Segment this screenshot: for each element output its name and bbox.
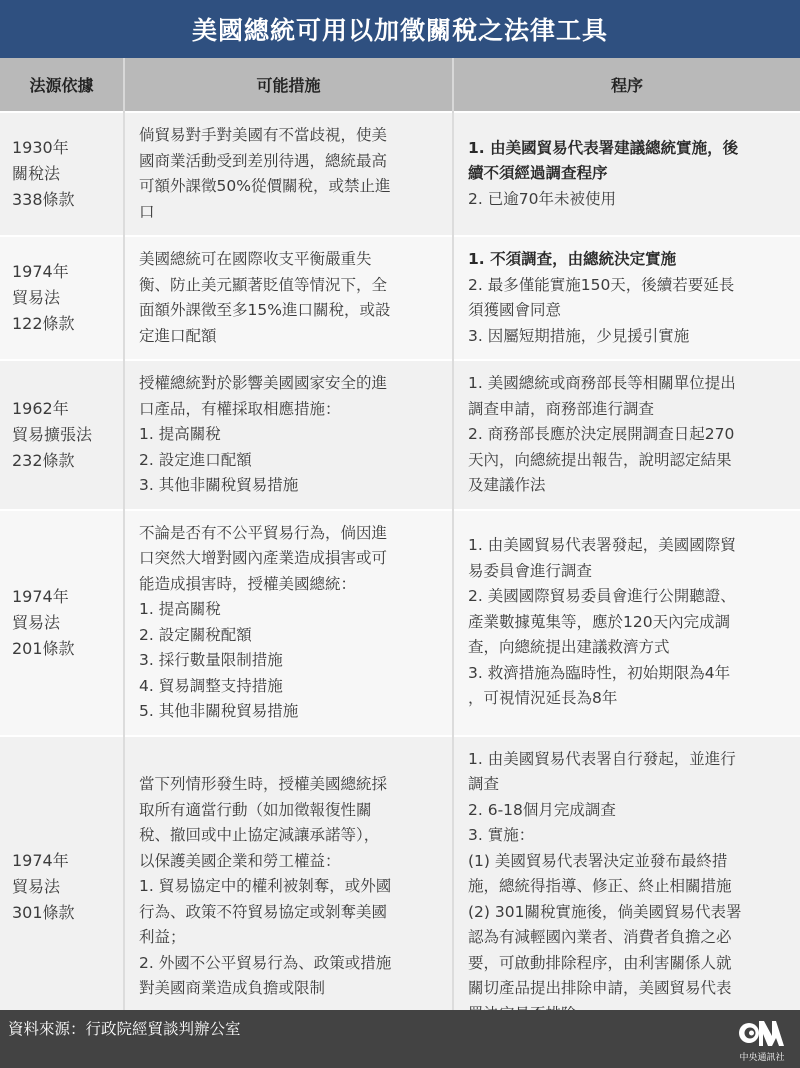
legal-basis-line: 201條款 [12, 636, 111, 662]
table-header-row: 法源依據 可能措施 程序 [0, 58, 800, 112]
measures-cell: 不論是否有不公平貿易行為，倘因進口突然大增對國內產業造成損害或可能造成損害時，授… [124, 510, 453, 736]
procedure-line: 查，向總統提出建議救濟方式 [468, 635, 792, 661]
measure-line: 2. 設定關稅配額 [139, 623, 442, 649]
source-note: 資料來源：行政院經貿談判辦公室 [8, 1017, 241, 1039]
procedure-line: 天內，向總統提出報告，說明認定結果 [468, 448, 792, 474]
measure-line: 國商業活動受到差別待遇，總統最高 [139, 149, 442, 175]
table-row: 1930年關稅法338條款倘貿易對手對美國有不當歧視，使美國商業活動受到差別待遇… [0, 112, 800, 236]
legal-basis-line: 1962年 [12, 396, 111, 422]
procedure-line: 2. 6-18個月完成調查 [468, 798, 792, 824]
procedure-line: 產業數據蒐集等，應於120天內完成調 [468, 610, 792, 636]
legal-basis-cell: 1930年關稅法338條款 [0, 112, 124, 236]
measure-line: 不論是否有不公平貿易行為，倘因進 [139, 521, 442, 547]
legal-basis-line: 1974年 [12, 259, 111, 285]
measure-line: 1. 貿易協定中的權利被剝奪，或外國 [139, 874, 442, 900]
procedure-line: 須獲國會同意 [468, 298, 792, 324]
table-row: 1974年貿易法122條款美國總統可在國際收支平衡嚴重失衡、防止美元顯著貶值等情… [0, 236, 800, 360]
procedure-line: 1. 由美國貿易代表署自行發起，並進行 [468, 747, 792, 773]
procedure-line: 續不須經過調查程序 [468, 161, 792, 187]
measure-line: 3. 採行數量限制措施 [139, 648, 442, 674]
legal-basis-line: 1930年 [12, 135, 111, 161]
procedure-cell: 1. 美國總統或商務部長等相關單位提出調查申請，商務部進行調查2. 商務部長應於… [453, 360, 800, 510]
procedure-line: 3. 因屬短期措施，少見援引實施 [468, 324, 792, 350]
measure-line: 4. 貿易調整支持措施 [139, 674, 442, 700]
procedure-line: 要，可啟動排除程序，由利害關係人就 [468, 951, 792, 977]
legal-basis-line: 貿易法 [12, 285, 111, 311]
legal-basis-cell: 1974年貿易法122條款 [0, 236, 124, 360]
measure-line: 1. 提高關稅 [139, 597, 442, 623]
legal-basis-cell: 1974年貿易法201條款 [0, 510, 124, 736]
logo-text: 中央通訊社 [734, 1050, 790, 1063]
measure-line: 衡、防止美元顯著貶值等情況下，全 [139, 273, 442, 299]
legal-basis-line: 122條款 [12, 311, 111, 337]
procedure-line: 施，總統得指導、修正、終止相關措施 [468, 874, 792, 900]
procedure-line: 調查 [468, 772, 792, 798]
procedure-line: 3. 實施： [468, 823, 792, 849]
procedure-cell: 1. 由美國貿易代表署建議總統實施，後續不須經過調查程序2. 已逾70年未被使用 [453, 112, 800, 236]
cna-logo: 中央通訊社 [734, 1018, 790, 1064]
measure-line: 當下列情形發生時，授權美國總統採 [139, 772, 442, 798]
measure-line: 5. 其他非關稅貿易措施 [139, 699, 442, 725]
legal-basis-line: 1974年 [12, 584, 111, 610]
procedure-line: 認為有減輕國內業者、消費者負擔之必 [468, 925, 792, 951]
cna-logo-icon [738, 1018, 786, 1048]
measure-line: 3. 其他非關稅貿易措施 [139, 473, 442, 499]
procedure-cell: 1. 由美國貿易代表署自行發起，並進行調查2. 6-18個月完成調查3. 實施：… [453, 736, 800, 1038]
table-row: 1962年貿易擴張法232條款授權總統對於影響美國國家安全的進口產品，有權採取相… [0, 360, 800, 510]
procedure-line: 1. 由美國貿易代表署建議總統實施，後 [468, 136, 792, 162]
procedure-line: 調查申請，商務部進行調查 [468, 397, 792, 423]
header-legal-basis: 法源依據 [0, 58, 124, 112]
legal-basis-line: 301條款 [12, 900, 111, 926]
measures-cell: 美國總統可在國際收支平衡嚴重失衡、防止美元顯著貶值等情況下，全面額外課徵至多15… [124, 236, 453, 360]
procedure-line: 2. 商務部長應於決定展開調查日起270 [468, 422, 792, 448]
procedure-line: 易委員會進行調查 [468, 559, 792, 585]
measure-line: 面額外課徵至多15%進口關稅，或設 [139, 298, 442, 324]
legal-basis-line: 338條款 [12, 187, 111, 213]
measure-line: 美國總統可在國際收支平衡嚴重失 [139, 247, 442, 273]
procedure-line: 關切產品提出排除申請，美國貿易代表 [468, 976, 792, 1002]
legal-tools-table: 法源依據 可能措施 程序 1930年關稅法338條款倘貿易對手對美國有不當歧視，… [0, 58, 800, 1037]
legal-basis-line: 貿易法 [12, 610, 111, 636]
table-row: 1974年貿易法201條款不論是否有不公平貿易行為，倘因進口突然大增對國內產業造… [0, 510, 800, 736]
measure-line: 利益； [139, 925, 442, 951]
legal-basis-line: 貿易擴張法 [12, 422, 111, 448]
measures-cell: 當下列情形發生時，授權美國總統採取所有適當行動（如加徵報復性關稅、撤回或中止協定… [124, 736, 453, 1038]
legal-basis-line: 關稅法 [12, 161, 111, 187]
legal-basis-line: 貿易法 [12, 874, 111, 900]
legal-basis-line: 1974年 [12, 848, 111, 874]
procedure-line: 2. 最多僅能實施150天，後續若要延長 [468, 273, 792, 299]
measure-line: 以保護美國企業和勞工權益： [139, 849, 442, 875]
measure-line: 能造成損害時，授權美國總統： [139, 572, 442, 598]
measure-line: 稅、撤回或中止協定減讓承諾等）， [139, 823, 442, 849]
measures-cell: 授權總統對於影響美國國家安全的進口產品，有權採取相應措施：1. 提高關稅2. 設… [124, 360, 453, 510]
header-procedure: 程序 [453, 58, 800, 112]
legal-basis-cell: 1974年貿易法301條款 [0, 736, 124, 1038]
procedure-line: ，可視情況延長為8年 [468, 686, 792, 712]
measure-line: 倘貿易對手對美國有不當歧視，使美 [139, 123, 442, 149]
header-possible-measures: 可能措施 [124, 58, 453, 112]
legal-basis-cell: 1962年貿易擴張法232條款 [0, 360, 124, 510]
table-row: 1974年貿易法301條款當下列情形發生時，授權美國總統採取所有適當行動（如加徵… [0, 736, 800, 1038]
measure-line: 口突然大增對國內產業造成損害或可 [139, 546, 442, 572]
measure-line: 定進口配額 [139, 324, 442, 350]
procedure-line: 2. 美國國際貿易委員會進行公開聽證、 [468, 584, 792, 610]
procedure-line: 3. 救濟措施為臨時性，初始期限為4年 [468, 661, 792, 687]
page-title: 美國總統可用以加徵關稅之法律工具 [0, 0, 800, 58]
procedure-line: 2. 已逾70年未被使用 [468, 187, 792, 213]
legal-basis-line: 232條款 [12, 448, 111, 474]
measure-line: 行為、政策不符貿易協定或剝奪美國 [139, 900, 442, 926]
procedure-cell: 1. 不須調查，由總統決定實施2. 最多僅能實施150天，後續若要延長須獲國會同… [453, 236, 800, 360]
measure-line: 可額外課徵50%從價關稅，或禁止進 [139, 174, 442, 200]
measure-line: 1. 提高關稅 [139, 422, 442, 448]
measure-line: 對美國商業造成負擔或限制 [139, 976, 442, 1002]
measure-line: 口產品，有權採取相應措施： [139, 397, 442, 423]
footer: 資料來源：行政院經貿談判辦公室 中央通訊社 [0, 1010, 800, 1068]
procedure-line: (2) 301關稅實施後，倘美國貿易代表署 [468, 900, 792, 926]
measure-line: 2. 設定進口配額 [139, 448, 442, 474]
procedure-line: (1) 美國貿易代表署決定並發布最終措 [468, 849, 792, 875]
procedure-cell: 1. 由美國貿易代表署發起，美國國際貿易委員會進行調查2. 美國國際貿易委員會進… [453, 510, 800, 736]
measure-line: 授權總統對於影響美國國家安全的進 [139, 371, 442, 397]
procedure-line: 1. 不須調查，由總統決定實施 [468, 247, 792, 273]
measures-cell: 倘貿易對手對美國有不當歧視，使美國商業活動受到差別待遇，總統最高可額外課徵50%… [124, 112, 453, 236]
measure-line: 取所有適當行動（如加徵報復性關 [139, 798, 442, 824]
measure-line: 口 [139, 200, 442, 226]
measure-line: 2. 外國不公平貿易行為、政策或措施 [139, 951, 442, 977]
procedure-line: 1. 由美國貿易代表署發起，美國國際貿 [468, 533, 792, 559]
procedure-line: 1. 美國總統或商務部長等相關單位提出 [468, 371, 792, 397]
procedure-line: 及建議作法 [468, 473, 792, 499]
